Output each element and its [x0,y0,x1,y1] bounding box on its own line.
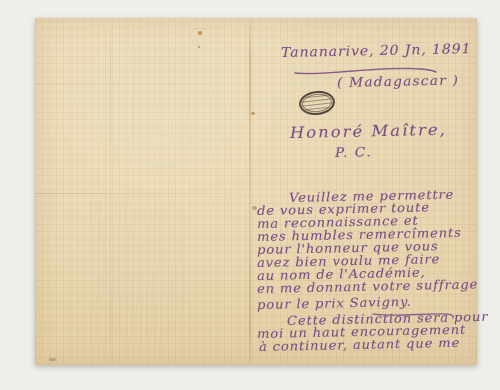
salutation-suffix: P. C. [335,145,373,161]
pencil-smudge [49,358,56,361]
fold-crease-horizontal-upper [35,83,251,84]
dateline: Tananarive, 20 Jn, 1891 [281,41,472,61]
handwritten-line: en me donnant votre suffrage [257,276,478,296]
handwritten-line: pour le prix Savigny. [257,294,412,312]
fold-crease-horizontal [35,193,251,194]
handwritten-line: à continuer, autant que me [259,335,460,354]
foxing-spot [251,112,255,115]
place-note: ( Madagascar ) [337,73,459,91]
fold-crease-center [249,18,251,365]
oval-stamp [298,89,336,117]
foxing-spot [198,31,202,35]
ink-bleed-through [90,203,185,343]
foxing-spot [198,46,200,48]
ink-bleed-through [130,48,200,138]
fold-crease-left [110,18,111,365]
salutation: Honoré Maître, [290,121,447,142]
letter-paper: Tananarive, 20 Jn, 1891 ( Madagascar ) H… [35,18,477,365]
scan-background: Tananarive, 20 Jn, 1891 ( Madagascar ) H… [0,0,500,390]
